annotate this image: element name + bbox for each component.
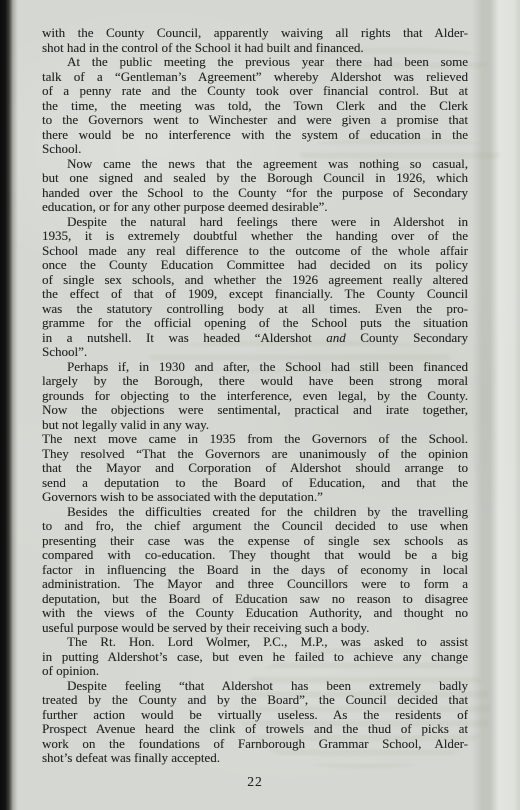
text-line: was the statutory controlling body at al… [42,302,468,317]
text-line: in a nutshell. It was headed “Aldershot … [42,331,468,346]
text-line: to and fro, the chief argument the Counc… [42,519,468,534]
text-line: once the County Education Committee had … [42,258,468,273]
text-line: Now came the news that the agreement was… [42,157,468,172]
text-line: of a penny rate and the County took over… [42,84,468,99]
text-line: presenting their case was the expense of… [42,534,468,549]
text-line: Now the objections were sentimental, pra… [42,403,468,418]
text-line: School. [42,142,468,157]
paragraph: The Rt. Hon. Lord Wolmer, P.C., M.P., wa… [42,635,468,679]
text-line: The Rt. Hon. Lord Wolmer, P.C., M.P., wa… [42,635,468,650]
text-line: to the Governors went to Winchester and … [42,113,468,128]
text-line: gramme for the official opening of the S… [42,316,468,331]
text-line: there would be no interference with the … [42,128,468,143]
text-line: 1935, it is extremely doubtful whether t… [42,229,468,244]
text-block: with the County Council, apparently waiv… [42,26,468,766]
text-line: factor in influencing the Board in the d… [42,563,468,578]
text-line: grounds for objecting to the interferenc… [42,389,468,404]
text-line: the time, the meeting was told, the Town… [42,99,468,114]
text-line: with the County Council, apparently waiv… [42,26,468,41]
text-line: of single sex schools, and whether the 1… [42,273,468,288]
text-line: Prospect Avenue heard the clink of trowe… [42,722,468,737]
text-line: At the public meeting the previous year … [42,55,468,70]
text-line: School”. [42,345,468,360]
paragraph: with the County Council, apparently waiv… [42,26,468,55]
paragraph: Besides the difficulties created for the… [42,505,468,636]
paragraph: The next move came in 1935 from the Gove… [42,432,468,505]
text-line: Perhaps if, in 1930 and after, the Schoo… [42,360,468,375]
text-line: The next move came in 1935 from the Gove… [42,432,468,447]
text-line: useful purpose would be served by their … [42,621,468,636]
text-line: School made any real difference to the o… [42,244,468,259]
text-line: send a deputation to the Board of Educat… [42,476,468,491]
text-line: talk of a “Gentleman’s Agreement” whereb… [42,70,468,85]
text-line: the effect of that of 1909, except finan… [42,287,468,302]
paragraph: Despite the natural hard feelings there … [42,215,468,360]
book-page: with the County Council, apparently waiv… [0,0,520,810]
text-line: but one signed and sealed by the Borough… [42,171,468,186]
text-line: with the views of the County Education A… [42,606,468,621]
text-line: of opinion. [42,664,468,679]
text-line: further action would be virtually useles… [42,708,468,723]
text-line: compared with co-education. They thought… [42,548,468,563]
text-line: Despite feeling “that Aldershot has been… [42,679,468,694]
text-line: shot had in the control of the School it… [42,41,468,56]
page-number: 22 [42,774,468,790]
text-line: in putting Aldershot’s case, but even he… [42,650,468,665]
text-line: Besides the difficulties created for the… [42,505,468,520]
text-line: handed over the School to the County “fo… [42,186,468,201]
text-line: shot’s defeat was finally accepted. [42,751,468,766]
text-line: deputation, but the Board of Education s… [42,592,468,607]
text-line: treated by the County and by the Board”,… [42,693,468,708]
text-line: Despite the natural hard feelings there … [42,215,468,230]
paragraph: Perhaps if, in 1930 and after, the Schoo… [42,360,468,433]
text-line: work on the foundations of Farnborough G… [42,737,468,752]
text-line: but not legally valid in any way. [42,418,468,433]
text-line: administration. The Mayor and three Coun… [42,577,468,592]
paragraph: At the public meeting the previous year … [42,55,468,157]
paragraph: Despite feeling “that Aldershot has been… [42,679,468,766]
text-line: Governors wish to be associated with the… [42,490,468,505]
text-line: They resolved “That the Governors are un… [42,447,468,462]
text-line: that the Mayor and Corporation of Alders… [42,461,468,476]
paragraph: Now came the news that the agreement was… [42,157,468,215]
text-line: largely by the Borough, there would have… [42,374,468,389]
text-line: education, or for any other purpose deem… [42,200,468,215]
